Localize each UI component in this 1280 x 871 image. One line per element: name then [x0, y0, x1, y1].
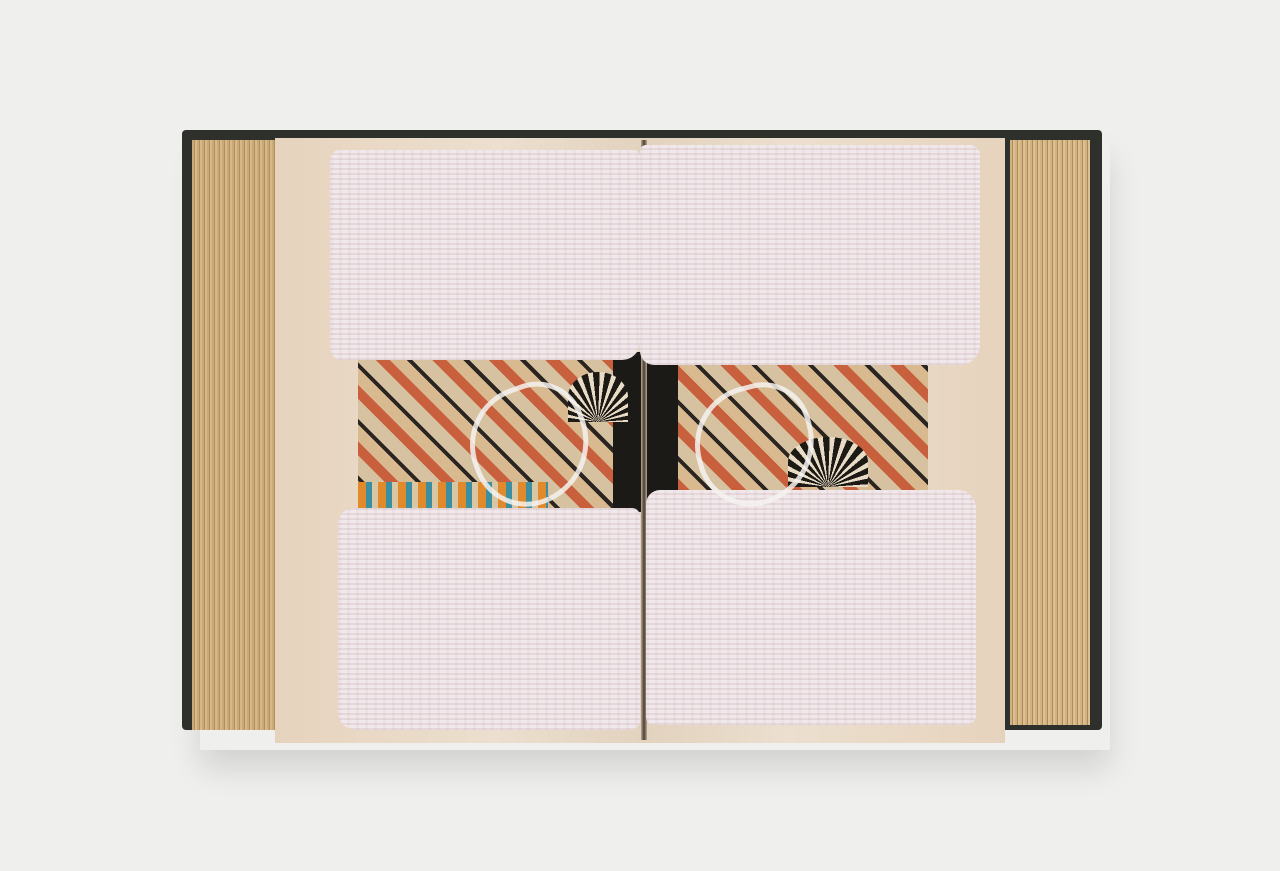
paint-block-top-left	[330, 150, 640, 360]
page-edges-left	[192, 140, 282, 730]
paint-block-bottom-left	[338, 508, 640, 730]
paint-block-bottom-right	[646, 490, 976, 725]
paint-block-top-right	[640, 145, 980, 365]
page-edges-right	[1010, 140, 1090, 725]
